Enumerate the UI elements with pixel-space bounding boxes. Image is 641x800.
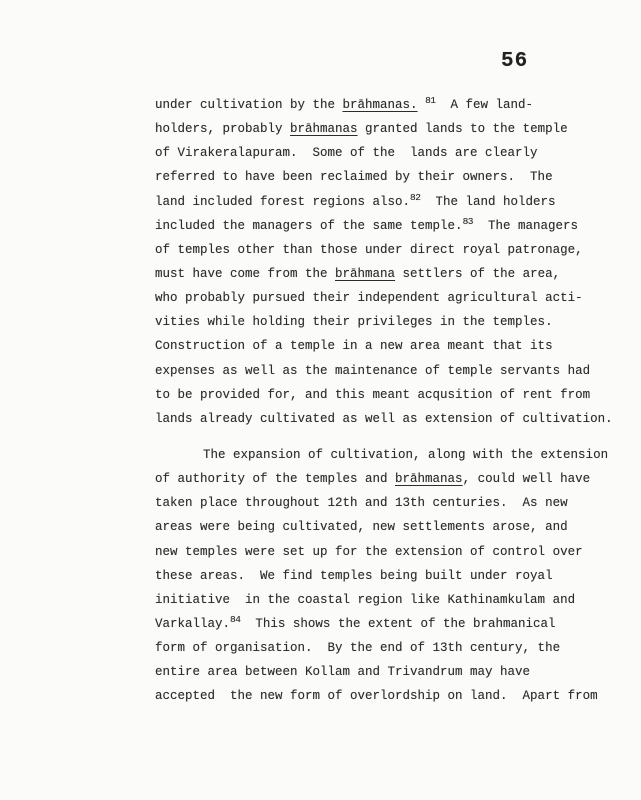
text-line: expenses as well as the maintenance of t… — [155, 359, 605, 383]
text-segment: who probably pursued their independent a… — [155, 291, 583, 305]
text-line: Varkallay.84 This shows the extent of th… — [155, 612, 605, 636]
text-line: referred to have been reclaimed by their… — [155, 165, 605, 189]
paragraph: The expansion of cultivation, along with… — [155, 443, 605, 709]
paragraph: under cultivation by the brāhmanas. 81 A… — [155, 93, 605, 431]
text-line: of authority of the temples and brāhmana… — [155, 467, 605, 491]
text-segment: these areas. We find temples being built… — [155, 569, 553, 583]
text-segment: entire area between Kollam and Trivandru… — [155, 665, 530, 679]
text-line: must have come from the brāhmana settler… — [155, 262, 605, 286]
text-line: who probably pursued their independent a… — [155, 286, 605, 310]
text-line: new temples were set up for the extensio… — [155, 540, 605, 564]
text-line: of temples other than those under direct… — [155, 238, 605, 262]
text-line: included the managers of the same temple… — [155, 214, 605, 238]
underlined-term: brāhmanas — [395, 472, 463, 486]
text-segment — [418, 98, 426, 112]
text-segment: new temples were set up for the extensio… — [155, 545, 583, 559]
text-line: Construction of a temple in a new area m… — [155, 334, 605, 358]
text-segment: Construction of a temple in a new area m… — [155, 339, 553, 353]
text-segment: The land holders — [420, 195, 555, 209]
text-line: accepted the new form of overlordship on… — [155, 684, 605, 708]
text-segment: settlers of the area, — [395, 267, 560, 281]
text-segment: accepted the new form of overlordship on… — [155, 689, 598, 703]
text-line: vities while holding their privileges in… — [155, 310, 605, 334]
underlined-term: brāhmana — [335, 267, 395, 281]
page-number: 56 — [501, 50, 528, 73]
document-page: 56 under cultivation by the brāhmanas. 8… — [0, 0, 641, 800]
text-segment: of temples other than those under direct… — [155, 243, 583, 257]
text-segment: included the managers of the same temple… — [155, 219, 463, 233]
text-line: The expansion of cultivation, along with… — [155, 443, 605, 467]
text-segment: of authority of the temples and — [155, 472, 395, 486]
text-line: entire area between Kollam and Trivandru… — [155, 660, 605, 684]
text-segment: initiative in the coastal region like Ka… — [155, 593, 575, 607]
text-segment: This shows the extent of the brahmanical — [240, 617, 555, 631]
text-line: lands already cultivated as well as exte… — [155, 407, 605, 431]
text-segment: The managers — [473, 219, 578, 233]
text-segment: land included forest regions also. — [155, 195, 410, 209]
text-segment: The expansion of cultivation, along with… — [203, 448, 608, 462]
text-line: form of organisation. By the end of 13th… — [155, 636, 605, 660]
text-line: land included forest regions also.82 The… — [155, 190, 605, 214]
text-segment: taken place throughout 12th and 13th cen… — [155, 496, 568, 510]
text-segment: A few land- — [435, 98, 533, 112]
text-line: holders, probably brāhmanas granted land… — [155, 117, 605, 141]
text-segment: of Virakeralapuram. Some of the lands ar… — [155, 146, 538, 160]
text-line: under cultivation by the brāhmanas. 81 A… — [155, 93, 605, 117]
text-line: taken place throughout 12th and 13th cen… — [155, 491, 605, 515]
text-segment: Varkallay. — [155, 617, 230, 631]
text-segment: granted lands to the temple — [358, 122, 568, 136]
text-segment: expenses as well as the maintenance of t… — [155, 364, 590, 378]
text-segment: lands already cultivated as well as exte… — [155, 412, 613, 426]
text-segment: areas were being cultivated, new settlem… — [155, 520, 568, 534]
underlined-term: brāhmanas — [290, 122, 358, 136]
text-line: to be provided for, and this meant acqus… — [155, 383, 605, 407]
text-line: these areas. We find temples being built… — [155, 564, 605, 588]
text-segment: vities while holding their privileges in… — [155, 315, 553, 329]
text-segment: form of organisation. By the end of 13th… — [155, 641, 560, 655]
text-segment: referred to have been reclaimed by their… — [155, 170, 553, 184]
underlined-term: brāhmanas. — [343, 98, 418, 112]
text-segment: holders, probably — [155, 122, 290, 136]
text-line: of Virakeralapuram. Some of the lands ar… — [155, 141, 605, 165]
text-segment: , could well have — [463, 472, 591, 486]
text-segment: under cultivation by the — [155, 98, 343, 112]
text-segment: to be provided for, and this meant acqus… — [155, 388, 590, 402]
text-line: areas were being cultivated, new settlem… — [155, 515, 605, 539]
text-line: initiative in the coastal region like Ka… — [155, 588, 605, 612]
text-block: under cultivation by the brāhmanas. 81 A… — [155, 93, 605, 709]
text-segment: must have come from the — [155, 267, 335, 281]
